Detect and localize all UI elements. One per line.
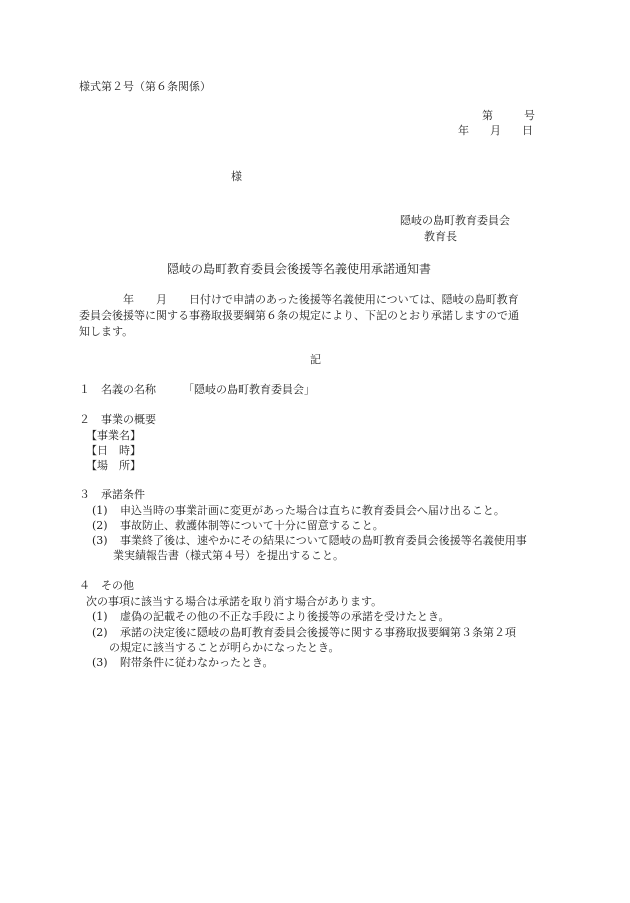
date-month: 月 xyxy=(490,123,522,138)
condition-item: (2)事故防止、救護体制等について十分に留意すること。 xyxy=(92,518,384,533)
section-number: １ xyxy=(79,382,101,397)
item-text: 虚偽の記載その他の不正な手段により後援等の承諾を受けたとき。 xyxy=(120,610,450,623)
document-number-line: 第号 xyxy=(482,108,535,123)
condition-item: (1)申込当時の事業計画に変更があった場合は直ちに教育委員会へ届け出ること。 xyxy=(92,503,505,518)
section-other: ４その他 xyxy=(79,578,134,593)
item-text: 事業終了後は、速やかにその結果について隠岐の島町教育委員会後援等名義使用事 xyxy=(120,534,527,547)
item-number: (1) xyxy=(92,503,120,518)
item-continuation: 業実績報告書（様式第４号）を提出すること。 xyxy=(113,548,344,563)
issuer-organization: 隠岐の島町教育委員会 xyxy=(400,213,510,228)
field-location: 【場 所】 xyxy=(86,458,141,473)
section-label: 名義の名称 xyxy=(101,382,183,397)
section-number: ４ xyxy=(79,578,101,593)
doc-number-prefix: 第 xyxy=(482,108,524,123)
item-number: (1) xyxy=(92,609,120,624)
item-number: (3) xyxy=(92,655,120,670)
form-number: 様式第２号（第６条関係） xyxy=(79,79,211,94)
body-line: 委員会後援等に関する事務取扱要綱第６条の規定により、下記のとおり承諾しますので通 xyxy=(79,308,559,324)
section-name-of-title: １名義の名称「隠岐の島町教育委員会」 xyxy=(79,382,315,397)
section-label: その他 xyxy=(101,579,134,592)
item-text: 事故防止、救護体制等について十分に留意すること。 xyxy=(120,519,384,532)
revocation-item: (2)承諾の決定後に隠岐の島町教育委員会後援等に関する事務取扱要綱第３条第２項 xyxy=(92,625,516,640)
issuer-title: 教育長 xyxy=(424,229,457,244)
recipient-honorific: 様 xyxy=(231,169,242,184)
item-text: 申込当時の事業計画に変更があった場合は直ちに教育委員会へ届け出ること。 xyxy=(120,504,505,517)
item-text: 承諾の決定後に隠岐の島町教育委員会後援等に関する事務取扱要綱第３条第２項 xyxy=(120,626,516,639)
item-number: (3) xyxy=(92,533,120,548)
section-label: 承諾条件 xyxy=(101,488,145,501)
section-intro: 次の事項に該当する場合は承諾を取り消す場合があります。 xyxy=(86,594,382,609)
condition-item: (3)事業終了後は、速やかにその結果について隠岐の島町教育委員会後援等名義使用事 xyxy=(92,533,527,548)
document-title: 隠岐の島町教育委員会後援等名義使用承諾通知書 xyxy=(167,262,431,277)
revocation-item: (1)虚偽の記載その他の不正な手段により後援等の承諾を受けたとき。 xyxy=(92,609,450,624)
item-number: (2) xyxy=(92,518,120,533)
body-line: 年 月 日付けで申請のあった後援等名義使用については、隠岐の島町教育 xyxy=(79,292,559,308)
section-approval-conditions: ３承諾条件 xyxy=(79,487,145,502)
body-paragraph: 年 月 日付けで申請のあった後援等名義使用については、隠岐の島町教育 委員会後援… xyxy=(79,292,559,340)
section-number: ３ xyxy=(79,487,101,502)
body-line: 知します。 xyxy=(79,324,559,340)
field-project-name: 【事業名】 xyxy=(86,428,141,443)
date-year: 年 xyxy=(458,123,490,138)
section-value: 「隠岐の島町教育委員会」 xyxy=(183,383,315,396)
item-continuation: の規定に該当することが明らかになったとき。 xyxy=(109,640,340,655)
section-number: ２ xyxy=(79,412,101,427)
section-project-overview: ２事業の概要 xyxy=(79,412,156,427)
doc-number-suffix: 号 xyxy=(524,108,535,123)
revocation-item: (3)附帯条件に従わなかったとき。 xyxy=(92,655,274,670)
section-label: 事業の概要 xyxy=(101,413,156,426)
date-line: 年月日 xyxy=(458,123,533,138)
item-number: (2) xyxy=(92,625,120,640)
date-day: 日 xyxy=(522,123,533,138)
item-text: 附帯条件に従わなかったとき。 xyxy=(120,656,274,669)
field-date-time: 【日 時】 xyxy=(86,443,141,458)
ki-label: 記 xyxy=(310,352,321,367)
